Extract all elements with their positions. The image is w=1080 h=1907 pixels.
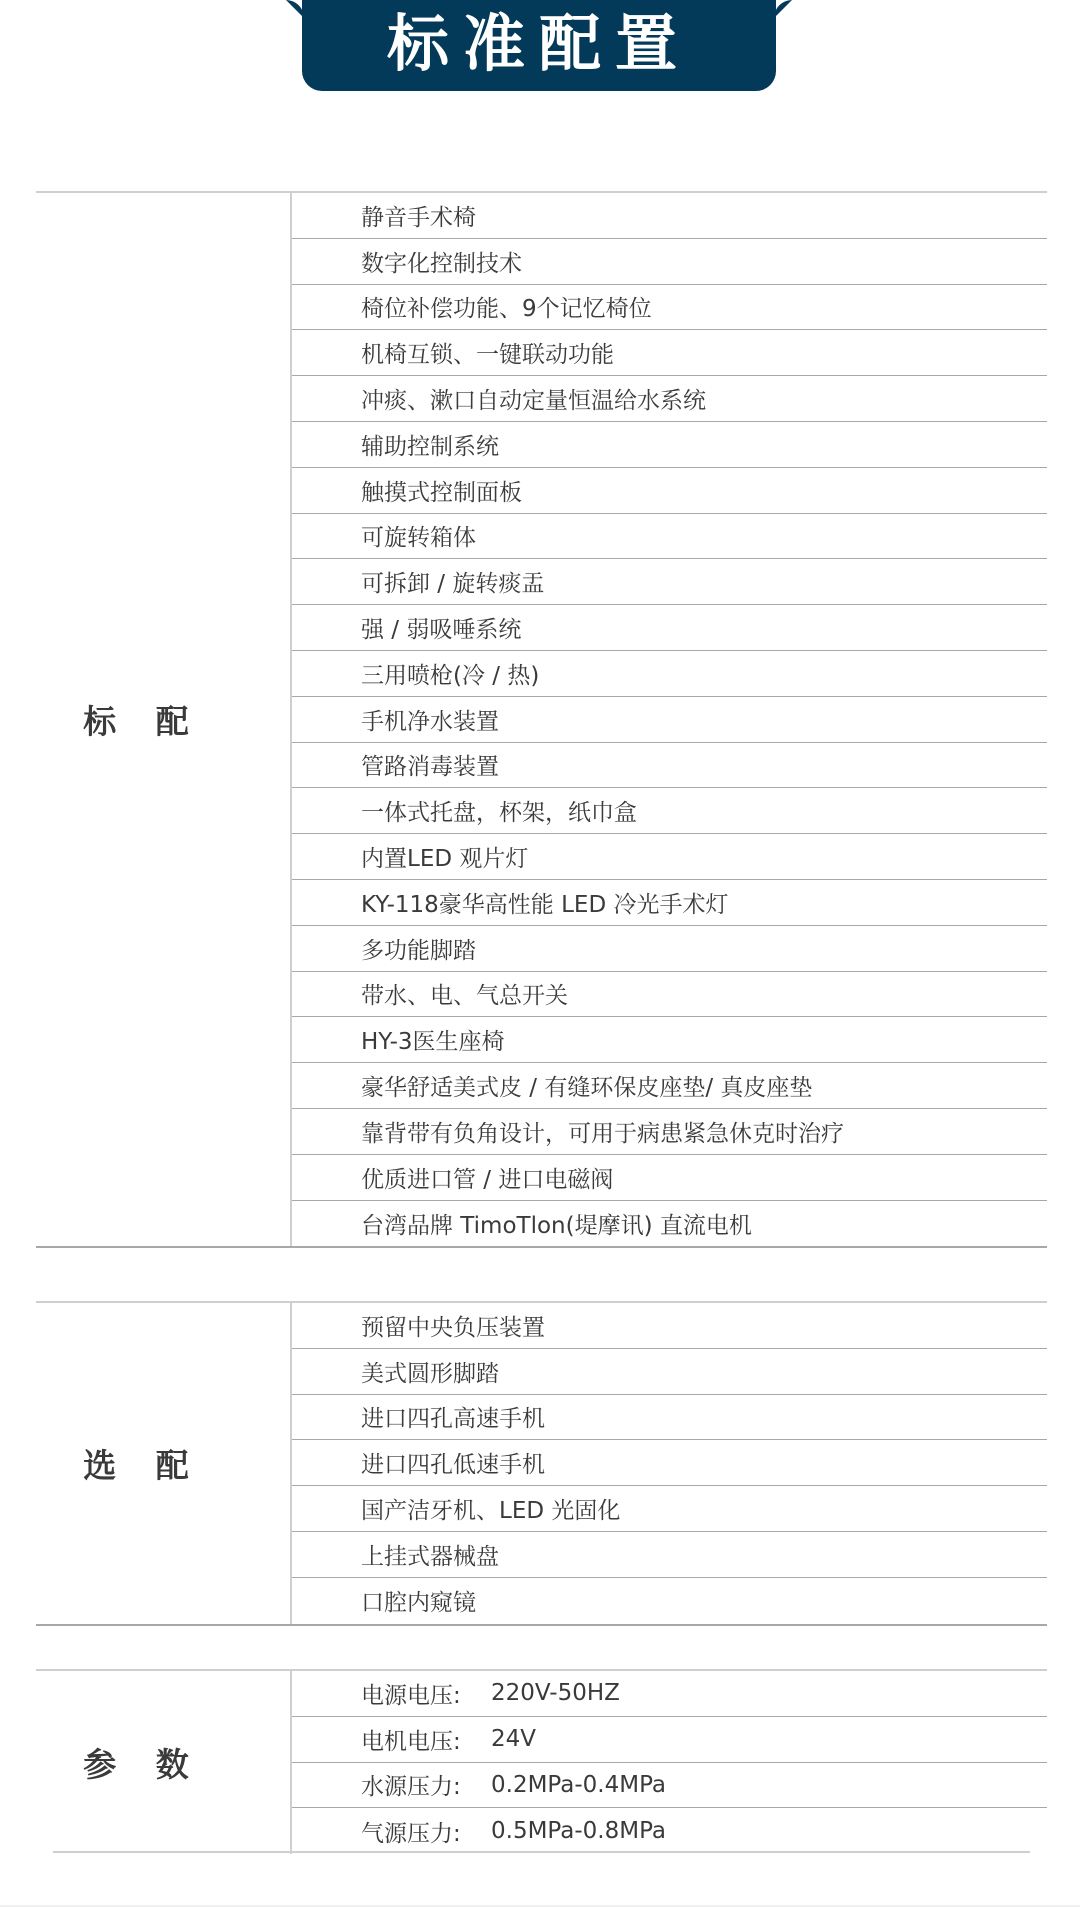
- params-section: 参 数 电源电压:220V-50HZ电机电压:24V水源压力:0.2MPa-0.…: [36, 1669, 1047, 1854]
- section-label-standard: 标 配: [36, 193, 292, 1246]
- list-item: HY-3医生座椅: [292, 1017, 1047, 1063]
- optional-config-section: 选 配 预留中央负压装置美式圆形脚踏进口四孔高速手机进口四孔低速手机国产洁牙机、…: [36, 1301, 1047, 1626]
- param-row: 气源压力:0.5MPa-0.8MPa: [292, 1808, 1047, 1854]
- title-badge: 标准配置: [302, 0, 776, 91]
- param-key: 电机电压:: [361, 1723, 491, 1756]
- list-item: KY-118豪华高性能 LED 冷光手术灯: [292, 880, 1047, 926]
- list-item: 静音手术椅: [292, 193, 1047, 239]
- list-item: 强 / 弱吸唾系统: [292, 605, 1047, 651]
- standard-config-section: 标 配 静音手术椅数字化控制技术椅位补偿功能、9个记忆椅位机椅互锁、一键联动功能…: [36, 191, 1047, 1248]
- list-item: 国产洁牙机、LED 光固化: [292, 1486, 1047, 1532]
- list-item: 椅位补偿功能、9个记忆椅位: [292, 285, 1047, 331]
- param-value: 0.2MPa-0.4MPa: [491, 1772, 666, 1798]
- list-item: 可旋转箱体: [292, 514, 1047, 560]
- list-item: 靠背带有负角设计，可用于病患紧急休克时治疗: [292, 1109, 1047, 1155]
- list-item: 辅助控制系统: [292, 422, 1047, 468]
- list-item: 进口四孔高速手机: [292, 1395, 1047, 1441]
- section-label-optional: 选 配: [36, 1303, 292, 1624]
- params-bottom-divider: [53, 1851, 1030, 1853]
- list-item: 台湾品牌 TimoTlon(堤摩讯) 直流电机: [292, 1201, 1047, 1247]
- list-item: 上挂式器械盘: [292, 1532, 1047, 1578]
- list-item: 内置LED 观片灯: [292, 834, 1047, 880]
- standard-config-list: 静音手术椅数字化控制技术椅位补偿功能、9个记忆椅位机椅互锁、一键联动功能冲痰、漱…: [292, 193, 1047, 1246]
- param-key: 水源压力:: [361, 1768, 491, 1801]
- list-item: 多功能脚踏: [292, 926, 1047, 972]
- param-value: 0.5MPa-0.8MPa: [491, 1818, 666, 1844]
- optional-config-list: 预留中央负压装置美式圆形脚踏进口四孔高速手机进口四孔低速手机国产洁牙机、LED …: [292, 1303, 1047, 1624]
- list-item: 豪华舒适美式皮 / 有缝环保皮座垫/ 真皮座垫: [292, 1063, 1047, 1109]
- param-row: 电机电压:24V: [292, 1717, 1047, 1763]
- list-item: 美式圆形脚踏: [292, 1349, 1047, 1395]
- list-item: 可拆卸 / 旋转痰盂: [292, 559, 1047, 605]
- page-title: 标准配置: [302, 8, 776, 80]
- param-key: 电源电压:: [361, 1677, 491, 1710]
- list-item: 预留中央负压装置: [292, 1303, 1047, 1349]
- param-row: 电源电压:220V-50HZ: [292, 1671, 1047, 1717]
- list-item: 冲痰、漱口自动定量恒温给水系统: [292, 376, 1047, 422]
- param-value: 220V-50HZ: [491, 1680, 620, 1706]
- param-row: 水源压力:0.2MPa-0.4MPa: [292, 1763, 1047, 1809]
- list-item: 机椅互锁、一键联动功能: [292, 330, 1047, 376]
- list-item: 三用喷枪(冷 / 热): [292, 651, 1047, 697]
- section-label-params: 参 数: [36, 1671, 292, 1854]
- list-item: 优质进口管 / 进口电磁阀: [292, 1155, 1047, 1201]
- list-item: 管路消毒装置: [292, 743, 1047, 789]
- list-item: 进口四孔低速手机: [292, 1440, 1047, 1486]
- param-value: 24V: [491, 1726, 536, 1752]
- list-item: 口腔内窥镜: [292, 1578, 1047, 1624]
- list-item: 带水、电、气总开关: [292, 972, 1047, 1018]
- list-item: 触摸式控制面板: [292, 468, 1047, 514]
- list-item: 手机净水装置: [292, 697, 1047, 743]
- param-key: 气源压力:: [361, 1815, 491, 1848]
- params-list: 电源电压:220V-50HZ电机电压:24V水源压力:0.2MPa-0.4MPa…: [292, 1671, 1047, 1854]
- list-item: 数字化控制技术: [292, 239, 1047, 285]
- list-item: 一体式托盘，杯架，纸巾盒: [292, 788, 1047, 834]
